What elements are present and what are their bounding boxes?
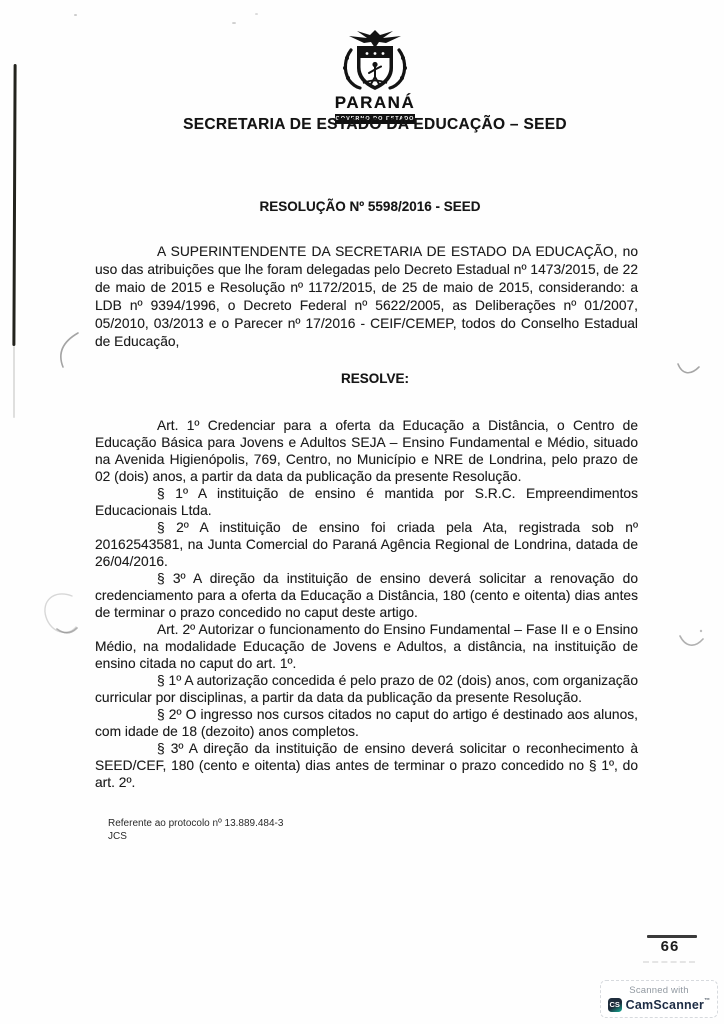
scanned-document-page: PARANÁ GOVERNO DO ESTADO SECRETARIA DE E… <box>0 0 724 1024</box>
page-number-smudge <box>643 961 695 963</box>
author-initials: JCS <box>108 831 283 844</box>
body-paragraph-art2-p1: § 1º A autorização concedida é pelo praz… <box>95 672 638 706</box>
pen-mark-right-top <box>678 364 699 373</box>
scan-speck <box>232 22 236 24</box>
body-paragraph-art1: Art. 1º Credenciar para a oferta da Educ… <box>95 417 638 485</box>
pen-mark-left-circle <box>45 594 76 632</box>
scan-edge-line-faint <box>13 346 15 418</box>
pen-mark-left-circle-accent <box>57 628 77 633</box>
body-paragraph-art1-p1: § 1º A instituição de ensino é mantida p… <box>95 485 638 519</box>
document-title: SECRETARIA DE ESTADO DA EDUCAÇÃO – SEED <box>95 116 655 134</box>
state-logo: PARANÁ GOVERNO DO ESTADO <box>318 28 432 124</box>
resolution-number-title: RESOLUÇÃO Nº 5598/2016 - SEED <box>95 199 645 214</box>
parana-coat-of-arms-icon <box>327 28 423 92</box>
page-number: 66 <box>645 938 695 955</box>
camscanner-badge: Scanned with CS CamScanner™ <box>600 980 718 1018</box>
scan-speck <box>255 13 258 15</box>
trademark-mark: ™ <box>704 998 710 1004</box>
body-paragraph-art2: Art. 2º Autorizar o funcionamento do Ens… <box>95 621 638 672</box>
protocol-reference: Referente ao protocolo nº 13.889.484-3 <box>108 818 283 831</box>
pen-mark-right-lower <box>680 636 703 645</box>
scanned-with-label: Scanned with <box>605 985 713 996</box>
resolve-heading: RESOLVE: <box>95 371 655 386</box>
camscanner-brand-row: CS CamScanner™ <box>605 998 713 1012</box>
scan-edge-line <box>12 64 16 346</box>
camscanner-cs-icon: CS <box>608 998 622 1012</box>
pen-dot-right-lower <box>700 630 702 632</box>
logo-state-name: PARANÁ <box>318 93 432 113</box>
camscanner-brand-text: CamScanner <box>626 998 704 1012</box>
body-paragraph-art1-p3: § 3º A direção da instituição de ensino … <box>95 570 638 621</box>
footer-reference-block: Referente ao protocolo nº 13.889.484-3 J… <box>108 818 283 843</box>
resolution-body: Art. 1º Credenciar para a oferta da Educ… <box>95 417 638 791</box>
body-paragraph-art1-p2: § 2º A instituição de ensino foi criada … <box>95 519 638 570</box>
scan-speck <box>74 14 77 16</box>
body-paragraph-art2-p2: § 2º O ingresso nos cursos citados no ca… <box>95 706 638 740</box>
camscanner-brand-name: CamScanner™ <box>626 998 711 1012</box>
preamble-paragraph: A SUPERINTENDENTE DA SECRETARIA DE ESTAD… <box>95 243 638 351</box>
pen-mark-left-top <box>61 333 78 367</box>
body-paragraph-art2-p3: § 3º A direção da instituição de ensino … <box>95 740 638 791</box>
